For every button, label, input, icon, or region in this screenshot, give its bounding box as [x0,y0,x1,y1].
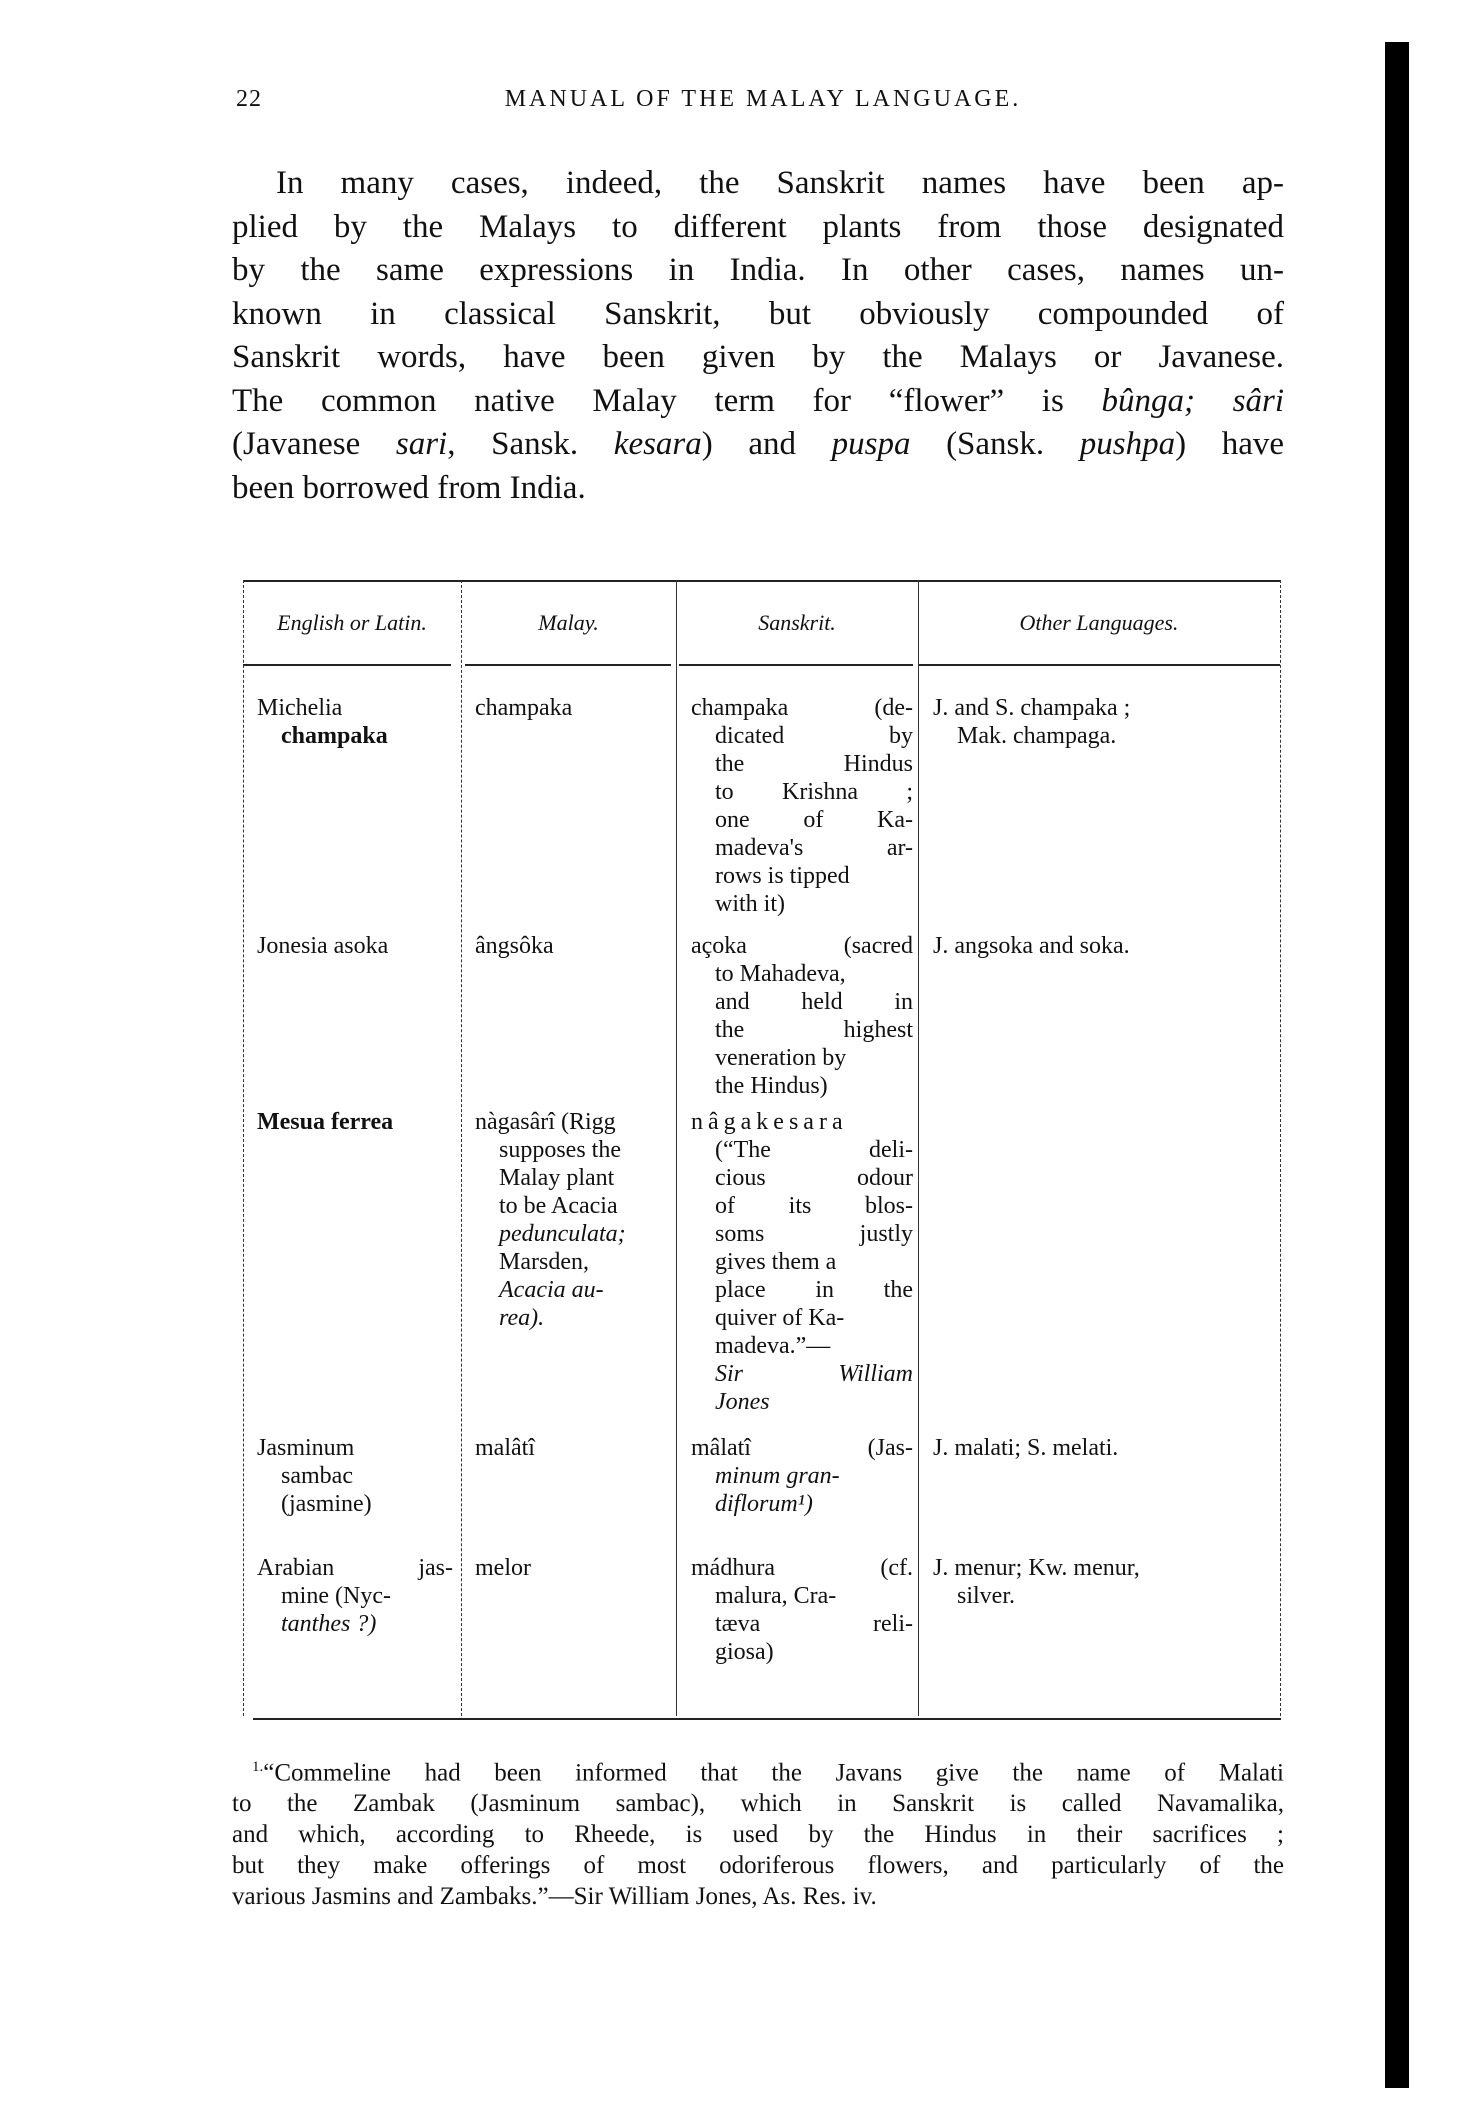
table-bottom-rule [253,1718,1281,1720]
cell-malay: nàgasârî (Rigg supposes the Malay plant … [475,1108,675,1332]
column-border [1280,580,1282,1716]
footnote-line: 1.“Commeline had been informed that the … [232,1752,1284,1788]
header-rule [465,664,671,666]
scan-edge-bar [1385,42,1409,2088]
footnote-marker: 1. [252,1759,263,1775]
plant-names-table: English or Latin. Malay. Sanskrit. Other… [243,580,1281,1720]
header-rule [918,664,1280,666]
body-line: known in classical Sanskrit, but obvious… [232,293,1284,337]
cell-english: Michelia champaka [257,694,453,750]
running-head: 22 MANUAL OF THE MALAY LANGUAGE. [228,86,1298,126]
book-page: 22 MANUAL OF THE MALAY LANGUAGE. In many… [0,0,1463,2118]
column-border [918,580,920,1716]
cell-sanskrit: açoka (sacred to Mahadeva, and held in t… [691,932,913,1100]
footnote-line: but they make offerings of most odorifer… [232,1850,1284,1881]
header-sanskrit: Sanskrit. [676,610,918,636]
header-rule [243,664,451,666]
cell-other-languages: J. angsoka and soka. [933,932,1263,960]
cell-malay: champaka [475,694,675,722]
body-line: been borrowed from India. [232,467,1284,511]
column-border [243,580,245,1716]
body-line: plied by the Malays to different plants … [232,206,1284,250]
body-line: The common native Malay term for “flower… [232,380,1284,424]
cell-english: Mesua ferrea [257,1108,453,1136]
cell-other-languages: J. menur; Kw. menur, silver. [933,1554,1263,1610]
header-other-languages: Other Languages. [918,610,1280,636]
cell-malay: ângsôka [475,932,675,960]
cell-sanskrit: champaka (de- dicated by the Hindus to K… [691,694,913,918]
column-border [461,580,463,1716]
footnote-line: various Jasmins and Zambaks.”—Sir Willia… [232,1881,1284,1912]
cell-sanskrit: mâlatî (Jas- minum gran- diflorum¹) [691,1434,913,1518]
cell-malay: melor [475,1554,675,1582]
body-line: by the same expressions in India. In oth… [232,249,1284,293]
footnote-line: to the Zambak (Jasminum sambac), which i… [232,1788,1284,1819]
cell-other-languages: J. malati; S. melati. [933,1434,1263,1462]
table-top-rule [243,580,1281,582]
cell-sanskrit: nâgakesara (“The deli- cious odour of it… [691,1108,913,1416]
body-line: In many cases, indeed, the Sanskrit name… [232,162,1284,206]
cell-english: Jasminum sambac (jasmine) [257,1434,453,1518]
header-rule [679,664,913,666]
cell-other-languages: J. and S. champaka ; Mak. champaga. [933,694,1263,750]
column-border [676,580,678,1716]
header-malay: Malay. [461,610,676,636]
footnote: 1.“Commeline had been informed that the … [232,1752,1284,1912]
cell-sanskrit: mádhura (cf. malura, Cra- tæva reli- gio… [691,1554,913,1666]
body-line: (Javanese sari, Sansk. kesara) and puspa… [232,423,1284,467]
body-line: Sanskrit words, have been given by the M… [232,336,1284,380]
footnote-line: and which, according to Rheede, is used … [232,1819,1284,1850]
running-head-title: MANUAL OF THE MALAY LANGUAGE. [228,86,1298,113]
cell-malay: malâtî [475,1434,675,1462]
cell-english: Jonesia asoka [257,932,453,960]
body-paragraph: In many cases, indeed, the Sanskrit name… [232,162,1284,510]
header-english-latin: English or Latin. [243,610,461,636]
cell-english: Arabian jas- mine (Nyc- tanthes ?) [257,1554,453,1638]
